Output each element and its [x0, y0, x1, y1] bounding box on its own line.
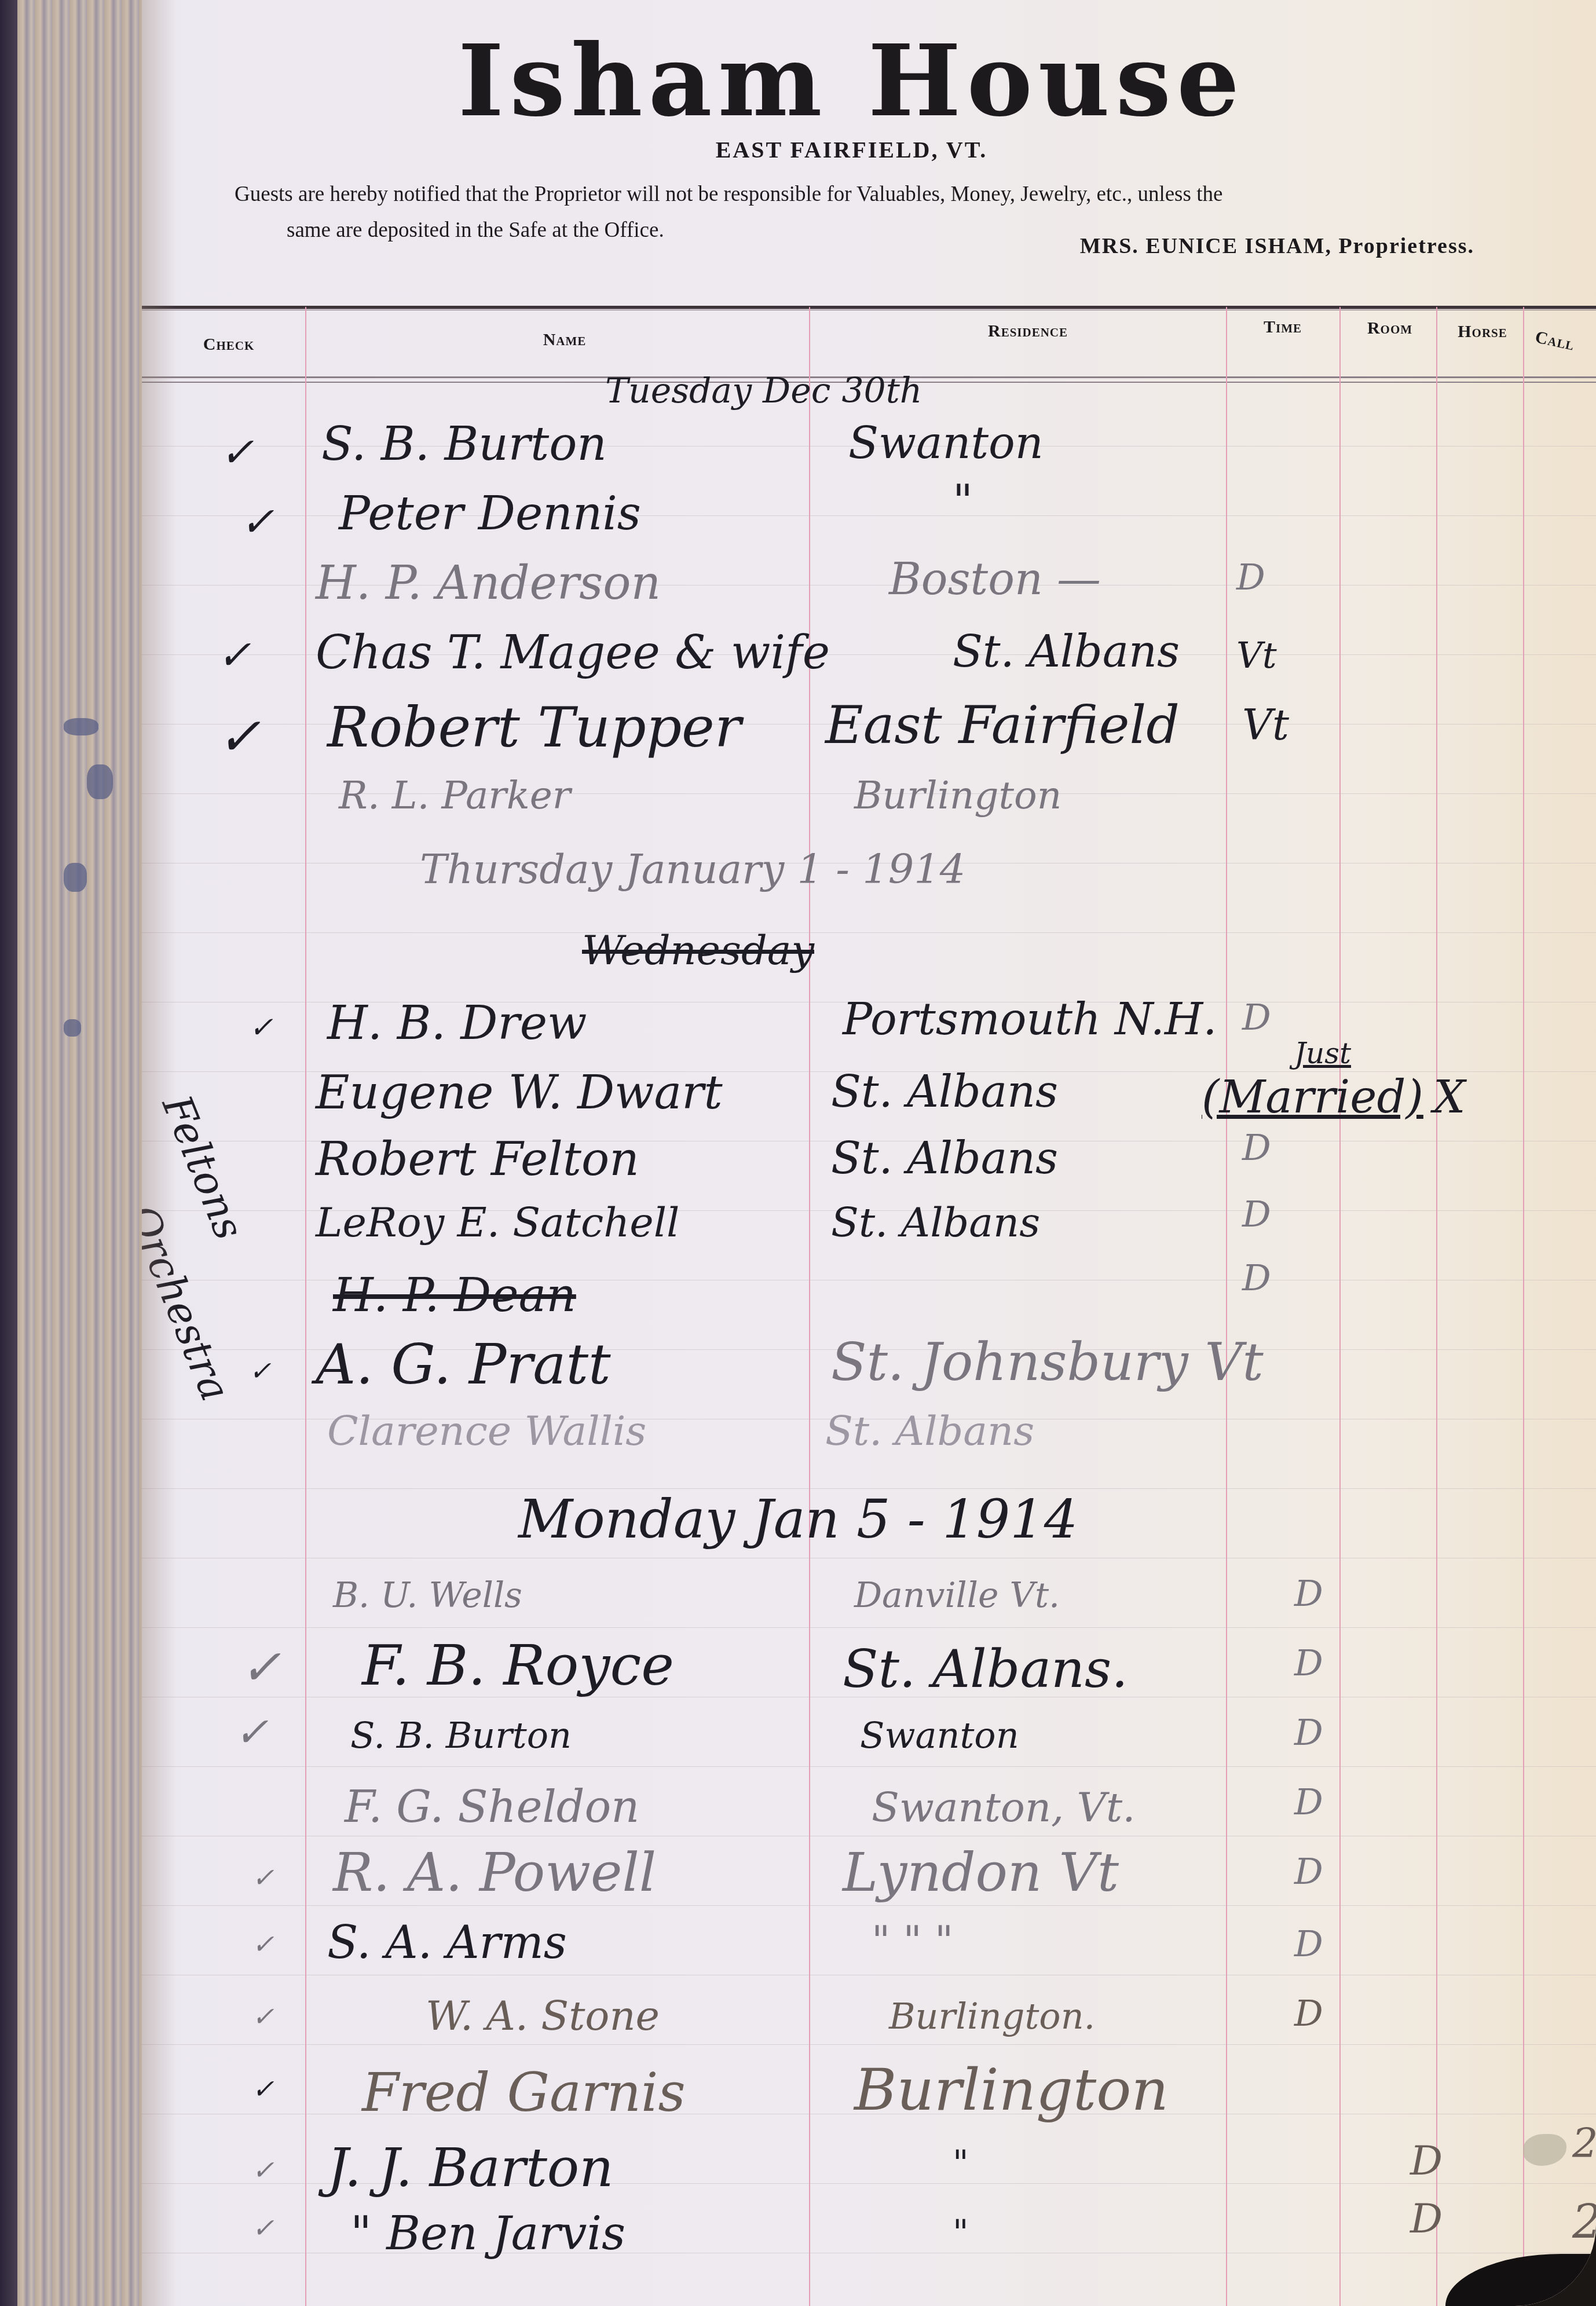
- time-mark: D: [1294, 1572, 1323, 1615]
- check-mark: ✓: [249, 1355, 272, 1386]
- check-mark: ✓: [235, 1708, 269, 1756]
- date-heading: Tuesday Dec 30th: [605, 371, 923, 411]
- guest-name: H. P. Dean: [333, 1268, 576, 1322]
- header-rule-top: [142, 306, 1596, 310]
- ink-stain: [64, 718, 98, 735]
- guest-name: R. A. Powell: [333, 1842, 656, 1904]
- column-header-name: Name: [489, 330, 640, 350]
- guest-residence: ": [953, 2212, 969, 2253]
- margin-note-feltons: Feltons: [153, 1089, 253, 1246]
- time-mark: D: [1294, 1992, 1323, 2034]
- check-mark: ✓: [252, 2212, 274, 2243]
- column-divider: [1436, 307, 1437, 2306]
- column-divider: [1523, 307, 1524, 2306]
- column-divider: [1226, 307, 1227, 2306]
- date-heading: Monday Jan 5 - 1914: [518, 1488, 1078, 1550]
- ink-stain: [64, 863, 87, 892]
- row-rule: [142, 1836, 1596, 1836]
- column-header-check: Check: [177, 335, 281, 354]
- row-rule: [142, 2044, 1596, 2045]
- guest-name: Fred Garnis: [362, 2062, 686, 2124]
- x-mark: X: [1433, 1071, 1466, 1123]
- column-divider: [809, 307, 810, 2306]
- guest-residence: Swanton: [848, 417, 1044, 468]
- guest-name: LeRoy E. Satchell: [316, 1199, 679, 1246]
- time-mark: D: [1294, 1711, 1323, 1754]
- guest-name: H. P. Anderson: [316, 556, 661, 610]
- guest-residence: St. Albans: [831, 1199, 1040, 1246]
- column-header-horse: Horse: [1442, 322, 1523, 342]
- check-mark: ✓: [252, 1928, 274, 1960]
- guest-name: S. B. Burton: [321, 417, 607, 471]
- guest-residence: Boston —: [889, 553, 1101, 605]
- just-note: Just: [1294, 1037, 1351, 1070]
- guest-residence: Swanton: [860, 1714, 1019, 1756]
- column-header-room: Room: [1346, 319, 1433, 338]
- guest-name: Robert Tupper: [327, 695, 741, 760]
- hotel-title: Isham House: [142, 23, 1561, 139]
- guest-residence: St. Albans: [953, 625, 1180, 677]
- time-mark: D: [1410, 2137, 1443, 2184]
- row-rule: [142, 1627, 1596, 1628]
- time-mark: D: [1242, 1193, 1271, 1235]
- check-mark: ✓: [249, 1011, 273, 1044]
- guest-name: J. J. Barton: [327, 2137, 614, 2199]
- guest-name: Robert Felton: [316, 1132, 639, 1186]
- guest-name: F. G. Sheldon: [345, 1781, 639, 1832]
- check-mark: ✓: [217, 707, 261, 767]
- time-mark: D: [1242, 1126, 1271, 1169]
- time-mark: D: [1294, 1850, 1323, 1893]
- time-mark: D: [1294, 1781, 1323, 1823]
- guest-residence: St. Albans: [831, 1066, 1058, 1117]
- row-rule: [142, 1766, 1596, 1767]
- row-rule: [142, 1905, 1596, 1906]
- date-heading: Thursday January 1 - 1914: [420, 845, 965, 893]
- guest-residence: Burlington: [854, 2056, 1169, 2124]
- time-mark: Vt: [1242, 701, 1289, 749]
- column-header-call: Call: [1522, 325, 1588, 357]
- time-mark: Vt: [1236, 634, 1277, 676]
- call-mark: 2: [1572, 2120, 1596, 2167]
- check-mark: ✓: [252, 2073, 274, 2104]
- guest-residence: St. Albans: [831, 1132, 1058, 1184]
- guest-name: S. A. Arms: [327, 1917, 567, 1969]
- check-mark: ✓: [240, 1639, 281, 1696]
- register-page: Isham House EAST FAIRFIELD, VT. Guests a…: [142, 0, 1596, 2306]
- check-mark: ✓: [252, 1862, 274, 1893]
- time-mark: D: [1410, 2195, 1443, 2242]
- column-header-time: Time: [1236, 317, 1329, 337]
- guest-name: R. L. Parker: [339, 773, 570, 818]
- just-married-annotation: Just (Married) X: [1202, 1071, 1465, 1123]
- guest-name: W. A. Stone: [426, 1992, 660, 2040]
- ink-stain: [64, 1019, 81, 1037]
- guest-residence: Danville Vt.: [854, 1575, 1060, 1616]
- guest-name: Clarence Wallis: [327, 1407, 646, 1455]
- notice-line-1: Guests are hereby notified that the Prop…: [235, 182, 1222, 206]
- guest-name: H. B. Drew: [327, 996, 587, 1050]
- guest-name: " Ben Jarvis: [350, 2206, 625, 2260]
- page-corner-shadow: [1445, 2254, 1596, 2306]
- check-mark: ✓: [252, 2154, 274, 2186]
- guest-residence: Swanton, Vt.: [872, 1784, 1135, 1831]
- married-note: (Married): [1202, 1071, 1423, 1123]
- guest-residence: ": [953, 2143, 969, 2183]
- hotel-location: EAST FAIRFIELD, VT.: [142, 136, 1561, 163]
- guest-residence: " " ": [872, 1917, 953, 1964]
- column-header-residence: Residence: [941, 321, 1115, 341]
- paper-stain: [1523, 2134, 1566, 2166]
- row-rule: [142, 932, 1596, 933]
- guest-residence: Portsmouth N.H.: [843, 993, 1217, 1045]
- book-page-edges: [0, 0, 145, 2306]
- guest-name: B. U. Wells: [333, 1575, 522, 1616]
- time-mark: D: [1294, 1923, 1323, 1965]
- check-mark: ✓: [217, 631, 251, 679]
- guest-residence: St. Albans.: [843, 1639, 1128, 1700]
- struck-date-heading: Wednesday: [582, 927, 814, 974]
- column-divider: [1339, 307, 1341, 2306]
- proprietress: MRS. EUNICE ISHAM, Proprietress.: [1080, 233, 1474, 259]
- check-mark: ✓: [240, 498, 274, 546]
- check-mark: ✓: [220, 429, 254, 476]
- guest-name: A. G. Pratt: [316, 1332, 611, 1397]
- guest-name: Eugene W. Dwart: [316, 1066, 723, 1119]
- guest-name: Chas T. Magee & wife: [316, 625, 830, 679]
- time-mark: D: [1236, 556, 1265, 598]
- guest-residence: St. Albans: [825, 1407, 1034, 1455]
- time-mark: D: [1242, 1257, 1271, 1299]
- guest-residence: Burlington: [854, 773, 1061, 818]
- call-mark: 2: [1572, 2195, 1596, 2249]
- check-mark: ✓: [252, 2001, 274, 2032]
- row-rule: [142, 1558, 1596, 1558]
- guest-residence: East Fairfield: [825, 695, 1180, 756]
- row-rule: [142, 1975, 1596, 1975]
- guest-residence: Burlington.: [889, 1995, 1095, 2037]
- guest-name: Peter Dennis: [339, 486, 641, 540]
- guest-residence: Lyndon Vt: [843, 1842, 1119, 1904]
- time-mark: D: [1294, 1642, 1323, 1684]
- guest-residence: ": [953, 475, 973, 526]
- guest-residence: St. Johnsbury Vt: [831, 1332, 1264, 1393]
- ink-stain: [87, 764, 113, 799]
- guest-name: F. B. Royce: [362, 1633, 674, 1698]
- time-mark: D: [1242, 996, 1271, 1038]
- guest-name: S. B. Burton: [350, 1714, 572, 1756]
- column-divider: [305, 307, 306, 2306]
